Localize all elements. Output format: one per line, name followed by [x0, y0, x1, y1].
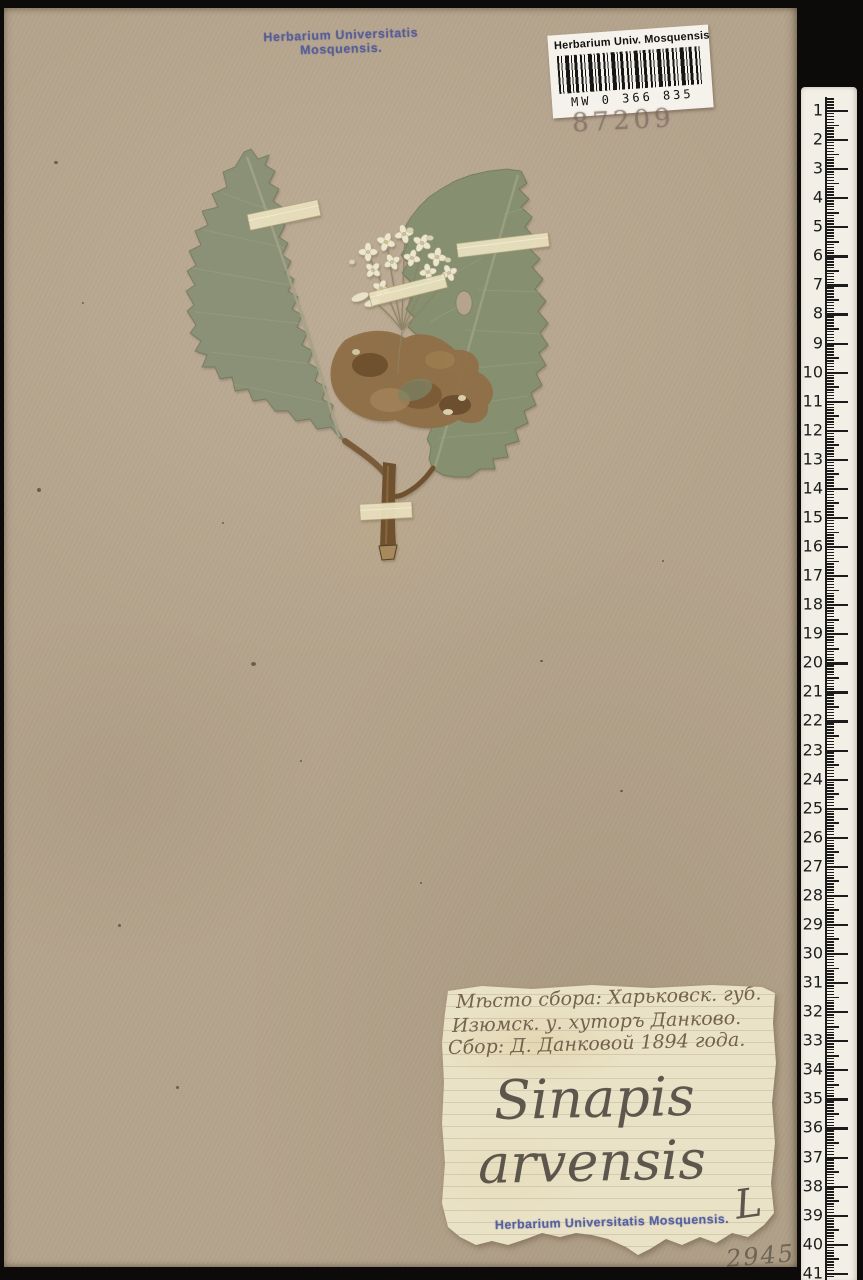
ruler-tick — [825, 508, 834, 510]
ruler-tick — [825, 125, 839, 127]
ruler-number: 34 — [801, 1060, 823, 1079]
ruler-tick — [825, 142, 834, 144]
ruler-tick — [825, 1183, 834, 1185]
ruler-tick — [825, 1226, 834, 1228]
ruler-tick — [825, 218, 834, 220]
ruler-tick — [825, 258, 834, 260]
ruler-number: 6 — [801, 246, 823, 265]
ruler-tick — [825, 816, 834, 818]
ruler-tick — [825, 1046, 834, 1048]
ruler-tick — [825, 569, 834, 571]
label-paper: Мѣсто сбора: Харьковск. губ. Изюмск. у. … — [442, 983, 776, 1259]
ruler-tick — [825, 671, 834, 673]
ruler-tick — [825, 1151, 834, 1153]
ruler-tick — [825, 1154, 834, 1156]
ruler-tick — [825, 976, 834, 978]
ruler-tick — [825, 566, 834, 568]
ruler-tick — [825, 1206, 834, 1208]
ruler-tick — [825, 113, 834, 115]
ruler-tick — [825, 578, 834, 580]
ruler-tick — [825, 375, 834, 377]
ruler-tick — [825, 232, 834, 234]
ruler-tick — [825, 468, 834, 470]
ruler-tick — [825, 444, 839, 446]
ruler-number: 17 — [801, 566, 823, 585]
ruler-tick — [825, 162, 834, 164]
ruler-tick — [825, 1110, 834, 1112]
ruler-tick — [825, 1212, 834, 1214]
ruler-tick — [825, 959, 834, 961]
ruler-tick — [825, 799, 834, 801]
ruler-tick — [825, 136, 834, 138]
ruler-tick — [825, 398, 834, 400]
dirt-speck — [420, 882, 422, 884]
ruler-tick — [825, 1008, 834, 1010]
ruler-tick — [825, 764, 839, 766]
ruler-tick — [825, 750, 848, 752]
ruler-tick — [825, 953, 848, 955]
pencil-number: 2945 — [725, 1239, 796, 1273]
ruler-tick — [825, 186, 834, 188]
ruler-tick — [825, 110, 848, 112]
ruler-number: 31 — [801, 973, 823, 992]
ruler-tick — [825, 520, 834, 522]
ruler-number: 20 — [801, 653, 823, 672]
ruler-tick — [825, 1220, 834, 1222]
ruler-tick — [825, 441, 834, 443]
ruler-tick — [825, 427, 834, 429]
ruler-tick — [825, 933, 834, 935]
dirt-speck — [82, 302, 84, 304]
ruler-tick — [825, 290, 834, 292]
ruler-number: 1 — [801, 101, 823, 120]
ruler-tick — [825, 415, 839, 417]
dirt-speck — [118, 924, 121, 927]
ruler-tick — [825, 485, 834, 487]
ruler-tick — [825, 343, 848, 345]
ruler-tick — [825, 235, 834, 237]
ruler-tick — [825, 456, 834, 458]
ruler-tick — [825, 575, 848, 577]
ruler-tick — [825, 1261, 834, 1263]
ruler-tick — [825, 770, 834, 772]
ruler-tick — [825, 409, 834, 411]
ruler-tick — [825, 279, 834, 281]
ruler-tick — [825, 107, 834, 109]
flower — [359, 243, 378, 262]
ruler-tick — [825, 267, 834, 269]
ruler-tick — [825, 950, 834, 952]
dried-foliage — [425, 351, 455, 369]
flower-bud — [445, 258, 451, 263]
ruler-tick — [825, 1058, 834, 1060]
ruler-tick — [825, 633, 848, 635]
ruler-tick — [825, 1061, 834, 1063]
flower — [380, 250, 403, 273]
ruler-tick — [825, 171, 834, 173]
ruler-tick — [825, 1063, 834, 1065]
ruler-tick — [825, 351, 834, 353]
ruler-tick — [825, 941, 834, 943]
ruler-number: 41 — [801, 1263, 823, 1280]
ruler-tick — [825, 133, 834, 135]
label-author: L — [732, 1179, 765, 1228]
ruler-tick — [825, 543, 834, 545]
ruler-tick — [825, 555, 834, 557]
ruler-tick — [825, 718, 834, 720]
ruler-tick — [825, 465, 834, 467]
ruler-tick — [825, 1145, 834, 1147]
ruler-tick — [825, 1157, 848, 1159]
ruler-tick — [825, 752, 834, 754]
ruler-tick — [825, 1125, 834, 1127]
ruler-tick — [825, 540, 834, 542]
ruler-tick — [825, 293, 834, 295]
ruler-tick — [825, 1084, 839, 1086]
ruler-tick — [825, 386, 839, 388]
ruler-tick — [825, 616, 834, 618]
ruler-number: 27 — [801, 856, 823, 875]
ruler-tick — [825, 822, 839, 824]
ruler-tick — [825, 104, 834, 106]
ruler-tick — [825, 252, 834, 254]
ruler-tick — [825, 741, 834, 743]
ruler-tick — [825, 831, 834, 833]
ruler-tick — [825, 1247, 834, 1249]
ruler-tick — [825, 1191, 834, 1193]
ruler-tick — [825, 607, 834, 609]
ruler-tick — [825, 497, 834, 499]
ruler-tick — [825, 316, 834, 318]
ruler-tick — [825, 357, 839, 359]
ruler-number: 35 — [801, 1089, 823, 1108]
ruler-tick — [825, 197, 848, 199]
ruler-tick — [825, 985, 834, 987]
ruler-tick — [825, 1122, 834, 1124]
ruler-tick — [825, 447, 834, 449]
ruler-tick — [825, 470, 834, 472]
ruler-tick — [825, 700, 834, 702]
ruler-tick — [825, 1014, 834, 1016]
ruler-tick — [825, 1040, 848, 1042]
ruler-tick — [825, 284, 848, 286]
ruler-tick — [825, 706, 839, 708]
ruler-tick — [825, 546, 848, 548]
ruler-tick — [825, 793, 839, 795]
ruler-tick — [825, 726, 834, 728]
ruler-tick — [825, 395, 834, 397]
ruler-tick — [825, 895, 848, 897]
ruler-number: 13 — [801, 449, 823, 468]
ruler-tick — [825, 651, 834, 653]
flower — [374, 230, 398, 254]
ruler-tick — [825, 828, 834, 830]
dried-foliage — [352, 353, 388, 377]
ruler-tick — [825, 845, 834, 847]
ruler-tick — [825, 1130, 834, 1132]
ruler-tick — [825, 1162, 834, 1164]
ruler-tick — [825, 1136, 834, 1138]
flower-bud — [407, 228, 414, 233]
ruler-tick — [825, 534, 834, 536]
dirt-speck — [620, 790, 623, 792]
ruler-tick — [825, 1194, 834, 1196]
ruler-tick — [825, 148, 834, 150]
ruler-tick — [825, 505, 834, 507]
ruler-tick — [825, 1168, 834, 1170]
ruler-tick — [825, 1052, 834, 1054]
ruler-tick — [825, 936, 834, 938]
ruler-tick — [825, 738, 834, 740]
dirt-speck — [176, 1086, 179, 1089]
tape-strip — [360, 502, 413, 521]
ruler-tick — [825, 808, 848, 810]
ruler-tick — [825, 686, 834, 688]
ruler-tick — [825, 238, 834, 240]
ruler-tick — [825, 613, 834, 615]
ruler-tick — [825, 1075, 834, 1077]
ruler-tick — [825, 366, 834, 368]
ruler-tick — [825, 691, 848, 693]
ruler-tick — [825, 523, 834, 525]
ruler-tick — [825, 901, 834, 903]
ruler-tick — [825, 305, 834, 307]
ruler-tick — [825, 1090, 834, 1092]
ruler-tick — [825, 968, 839, 970]
left-leaf — [186, 149, 345, 441]
ruler-tick — [825, 1188, 834, 1190]
ruler-tick — [825, 593, 834, 595]
ruler-tick — [825, 610, 834, 612]
ruler-number: 25 — [801, 798, 823, 817]
ruler-tick — [825, 331, 834, 333]
ruler-number: 4 — [801, 188, 823, 207]
ruler-tick — [825, 494, 834, 496]
ruler-tick — [825, 991, 834, 993]
label-species-name: Sinapis — [493, 1065, 695, 1132]
ruler-tick — [825, 282, 834, 284]
ruler-tick — [825, 1055, 839, 1057]
dried-flower — [352, 349, 360, 355]
ruler-tick — [825, 1186, 848, 1188]
ruler-tick — [825, 563, 834, 565]
ruler-tick — [825, 372, 848, 374]
ruler-tick — [825, 1133, 834, 1135]
ruler-tick — [825, 1200, 839, 1202]
ruler-tick — [825, 587, 834, 589]
ruler-tick — [825, 720, 848, 722]
ruler-tick — [825, 1078, 834, 1080]
ruler-tick — [825, 127, 834, 129]
ruler-tick — [825, 805, 834, 807]
ruler-tick — [825, 247, 834, 249]
ruler-tick — [825, 909, 839, 911]
ruler-tick — [825, 1072, 834, 1074]
ruler-number: 21 — [801, 682, 823, 701]
ruler-tick — [825, 1095, 834, 1097]
ruler-tick — [825, 819, 834, 821]
ruler-tick — [825, 912, 834, 914]
ruler-tick — [825, 157, 834, 159]
ruler-tick — [825, 863, 834, 865]
ruler-tick — [825, 360, 834, 362]
ruler-number: 36 — [801, 1118, 823, 1137]
ruler-tick — [825, 683, 834, 685]
ruler-number: 8 — [801, 304, 823, 323]
stem-cut-end — [379, 545, 397, 560]
ruler-tick — [825, 1098, 848, 1100]
ruler-tick — [825, 1209, 834, 1211]
ruler-tick — [825, 779, 848, 781]
ruler-tick — [825, 473, 839, 475]
ruler-tick — [825, 860, 834, 862]
ruler-tick — [825, 877, 834, 879]
ruler-tick — [825, 604, 848, 606]
ruler-tick — [825, 1241, 834, 1243]
ruler-tick — [825, 401, 848, 403]
ruler-tick — [825, 174, 834, 176]
ruler-tick — [825, 1049, 834, 1051]
ruler-tick — [825, 116, 834, 118]
ruler-tick — [825, 1267, 834, 1269]
ruler-tick — [825, 1081, 834, 1083]
ruler-tick — [825, 340, 834, 342]
ruler-tick — [825, 244, 834, 246]
ruler-tick — [825, 537, 834, 539]
ruler-tick — [825, 904, 834, 906]
ruler-tick — [825, 319, 834, 321]
ruler-number: 10 — [801, 362, 823, 381]
ruler-tick — [825, 1258, 839, 1260]
ruler-tick — [825, 514, 834, 516]
ruler-tick — [825, 875, 834, 877]
ruler-tick — [825, 1232, 834, 1234]
ruler-tick — [825, 421, 834, 423]
ruler-tick — [825, 517, 848, 519]
ruler-tick — [825, 482, 834, 484]
ruler-tick — [825, 526, 834, 528]
ruler-tick — [825, 122, 834, 124]
ruler-tick — [825, 572, 834, 574]
ruler-tick — [825, 462, 834, 464]
ruler-tick — [825, 159, 834, 161]
ruler-tick — [825, 851, 839, 853]
ruler-tick — [825, 790, 834, 792]
ruler-tick — [825, 639, 834, 641]
ruler-tick — [825, 1244, 848, 1246]
ruler-tick — [825, 674, 834, 676]
ruler-number: 2 — [801, 130, 823, 149]
ruler-tick — [825, 1276, 834, 1278]
ruler-number: 33 — [801, 1031, 823, 1050]
ruler-tick — [825, 898, 834, 900]
ruler-tick — [825, 715, 834, 717]
ruler-tick — [825, 956, 834, 958]
ruler-tick — [825, 1171, 839, 1173]
ruler-tick — [825, 648, 839, 650]
ruler-tick — [825, 220, 834, 222]
ruler-tick — [825, 337, 834, 339]
ruler-tick — [825, 392, 834, 394]
ruler-tick — [825, 973, 834, 975]
ruler-number: 12 — [801, 420, 823, 439]
ruler-number: 23 — [801, 740, 823, 759]
ruler-tick — [825, 363, 834, 365]
ruler-tick — [825, 212, 839, 214]
ruler-tick — [825, 194, 834, 196]
ruler-tick — [825, 857, 834, 859]
ruler-tick — [825, 1255, 834, 1257]
ruler-tick — [825, 755, 834, 757]
ruler-tick — [825, 784, 834, 786]
ruler-tick — [825, 168, 848, 170]
ruler-number: 37 — [801, 1147, 823, 1166]
ruler-tick — [825, 1011, 848, 1013]
ruler-tick — [825, 1139, 834, 1141]
ruler-tick — [825, 892, 834, 894]
ruler-tick — [825, 796, 834, 798]
ruler-tick — [825, 761, 834, 763]
ruler-number: 24 — [801, 769, 823, 788]
ruler-number: 3 — [801, 159, 823, 178]
ruler-tick — [825, 1107, 834, 1109]
ruler-tick — [825, 834, 834, 836]
ruler-tick — [825, 776, 834, 778]
ruler-tick — [825, 255, 848, 257]
ruler-tick — [825, 848, 834, 850]
ruler-tick — [825, 880, 839, 882]
ruler-tick — [825, 438, 834, 440]
ruler-number: 7 — [801, 275, 823, 294]
ruler-tick — [825, 322, 834, 324]
ruler-number: 39 — [801, 1205, 823, 1224]
ruler-tick — [825, 622, 834, 624]
ruler-tick — [825, 223, 834, 225]
ruler-tick — [825, 729, 834, 731]
ruler-tick — [825, 918, 834, 920]
ruler-number: 11 — [801, 391, 823, 410]
ruler-tick — [825, 453, 834, 455]
dirt-speck — [37, 488, 41, 492]
ruler-tick — [825, 203, 834, 205]
ruler-tick — [825, 645, 834, 647]
ruler-tick — [825, 325, 834, 327]
ruler-tick — [825, 354, 834, 356]
ruler-tick — [825, 1104, 834, 1106]
ruler-tick — [825, 994, 834, 996]
ruler-tick — [825, 200, 834, 202]
ruler-number: 29 — [801, 914, 823, 933]
ruler-tick — [825, 598, 834, 600]
ruler-tick — [825, 758, 834, 760]
ruler-number: 30 — [801, 944, 823, 963]
ruler-tick — [825, 1032, 834, 1034]
ruler-number: 14 — [801, 478, 823, 497]
ruler-tick — [825, 1119, 834, 1121]
dirt-speck — [540, 660, 543, 662]
ruler-tick — [825, 654, 834, 656]
ruler-tick — [825, 532, 839, 534]
ruler-tick — [825, 1203, 834, 1205]
ruler-tick — [825, 744, 834, 746]
ruler-tick — [825, 226, 848, 228]
ruler-tick — [825, 927, 834, 929]
ruler-tick — [825, 383, 834, 385]
ruler-tick — [825, 642, 834, 644]
specimen-label: Мѣсто сбора: Харьковск. губ. Изюмск. у. … — [442, 983, 776, 1259]
ruler-tick — [825, 276, 834, 278]
ruler-tick — [825, 883, 834, 885]
